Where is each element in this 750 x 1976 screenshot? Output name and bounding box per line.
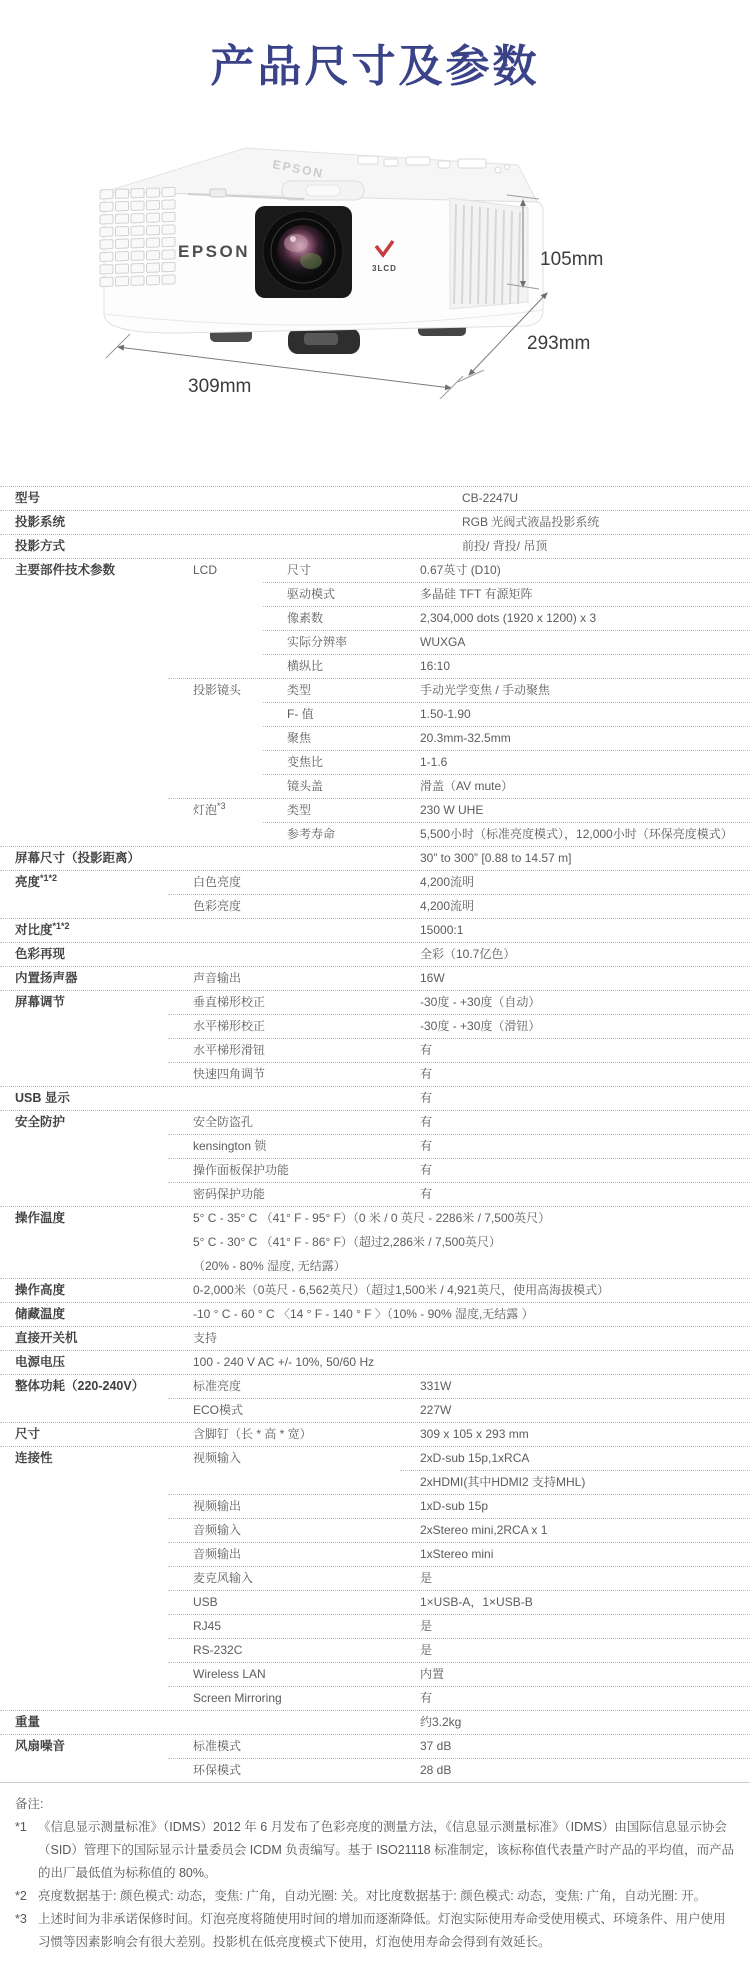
row-category-label: 操作温度 (15, 1206, 65, 1230)
row-value: 内置 (420, 1662, 444, 1686)
row-category-label: 直接开关机 (15, 1326, 78, 1350)
row-value: WUXGA (420, 630, 465, 654)
projector-illustration: EPSON (60, 134, 640, 399)
table-row: 音频输入2xStereo mini,2RCA x 1 (0, 1518, 750, 1542)
row-value: RGB 光阀式液晶投影系统 (462, 510, 599, 534)
row-subcategory-label: 操作面板保护功能 (193, 1158, 289, 1182)
row-value: 5,500小时（标准亮度模式），12,000小时（环保亮度模式） (420, 822, 733, 846)
note-text: 上述时间为非承诺保修时间。灯泡亮度将随使用时间的增加而逐渐降低。灯泡实际使用寿命… (38, 1908, 735, 1954)
table-row: 对比度*1*215000:1 (0, 918, 750, 942)
table-row: 储藏温度-10 ° C - 60 ° C 〈14 ° F - 140 ° F 〉… (0, 1302, 750, 1326)
row-separator (0, 534, 750, 535)
table-row: 投影镜头类型手动光学变焦 / 手动聚焦 (0, 678, 750, 702)
row-value: 0-2,000米（0英尺 - 6,562英尺）（超过1,500米 / 4,921… (193, 1278, 609, 1302)
table-row: 灯泡*3类型230 W UHE (0, 798, 750, 822)
row-value: 0.67英寸 (D10) (420, 558, 501, 582)
row-value: 2xHDMI(其中HDMI2 支持MHL) (420, 1470, 585, 1494)
row-category-label: 内置扬声器 (15, 966, 78, 990)
table-row: 操作面板保护功能有 (0, 1158, 750, 1182)
product-figure: EPSON (0, 134, 750, 486)
row-value: 有 (420, 1686, 432, 1710)
table-row: 色彩亮度4,200流明 (0, 894, 750, 918)
table-row: 整体功耗（220-240V）标准亮度331W (0, 1374, 750, 1398)
row-category-label: 风扇噪音 (15, 1734, 65, 1758)
row-property-label: 聚焦 (287, 726, 311, 750)
row-value: 331W (420, 1374, 451, 1398)
row-value: 2xStereo mini,2RCA x 1 (420, 1518, 547, 1542)
row-value: 有 (420, 1158, 432, 1182)
row-subcategory-label: 音频输出 (193, 1542, 241, 1566)
row-separator (0, 942, 750, 943)
row-subcategory-label: LCD (193, 558, 217, 582)
row-separator (0, 486, 750, 487)
table-row: 屏幕调节垂直梯形校正-30度 - +30度（自动） (0, 990, 750, 1014)
row-category-label: 尺寸 (15, 1422, 40, 1446)
row-value: 有 (420, 1134, 432, 1158)
row-subcategory-label: 音频输入 (193, 1518, 241, 1542)
row-value: 1×USB-A，1×USB-B (420, 1590, 533, 1614)
table-row: USB 显示有 (0, 1086, 750, 1110)
table-row: kensington 锁有 (0, 1134, 750, 1158)
row-separator (0, 1350, 750, 1351)
table-row: 操作高度0-2,000米（0英尺 - 6,562英尺）（超过1,500米 / 4… (0, 1278, 750, 1302)
row-separator (0, 1422, 750, 1423)
table-row: 投影系统RGB 光阀式液晶投影系统 (0, 510, 750, 534)
note-marker: *2 (15, 1885, 38, 1908)
row-category-label: 连接性 (15, 1446, 53, 1470)
row-value: 15000:1 (420, 918, 463, 942)
row-subcategory-label: 密码保护功能 (193, 1182, 265, 1206)
table-row: 环保模式28 dB (0, 1758, 750, 1782)
row-value: 有 (420, 1062, 432, 1086)
svg-text:3LCD: 3LCD (372, 264, 397, 273)
row-subcategory-label: USB (193, 1590, 218, 1614)
table-row: 音频输出1xStereo mini (0, 1542, 750, 1566)
note-text: 《信息显示测量标准》（IDMS）2012 年 6 月发布了色彩亮度的测量方法，《… (38, 1816, 735, 1885)
lens-shift-door-inner (306, 185, 340, 196)
row-value: 4,200流明 (420, 894, 474, 918)
row-category-label: 储藏温度 (15, 1302, 65, 1326)
row-value: 有 (420, 1110, 432, 1134)
row-separator (0, 1446, 750, 1447)
row-value: 手动光学变焦 / 手动聚焦 (420, 678, 550, 702)
row-category-label: 投影方式 (15, 534, 65, 558)
row-subcategory-label: 垂直梯形校正 (193, 990, 265, 1014)
row-separator (168, 1758, 750, 1759)
row-category-label: 对比度*1*2 (15, 918, 70, 942)
row-value: 全彩（10.7亿色） (420, 942, 515, 966)
row-subcategory-label: RJ45 (193, 1614, 221, 1638)
note-item: *3上述时间为非承诺保修时间。灯泡亮度将随使用时间的增加而逐渐降低。灯泡实际使用… (15, 1908, 735, 1954)
table-row: 风扇噪音标准模式37 dB (0, 1734, 750, 1758)
row-value: 309 x 105 x 293 mm (420, 1422, 529, 1446)
row-subcategory-label: 投影镜头 (193, 678, 241, 702)
row-category-label: 操作高度 (15, 1278, 65, 1302)
row-separator (0, 1326, 750, 1327)
row-subcategory-label: 视频输入 (193, 1446, 241, 1470)
dimension-width-label: 309mm (188, 376, 251, 397)
row-value: 有 (420, 1038, 432, 1062)
row-category-label: 整体功耗（220-240V） (15, 1374, 144, 1398)
table-row: 型号CB-2247U (0, 486, 750, 510)
note-marker: *3 (15, 1908, 38, 1954)
row-value: 30” to 300” [0.88 to 14.57 m] (420, 846, 571, 870)
table-row: 水平梯形滑钮有 (0, 1038, 750, 1062)
table-row: 实际分辨率WUXGA (0, 630, 750, 654)
table-row: 重量约3.2kg (0, 1710, 750, 1734)
row-value: 230 W UHE (420, 798, 483, 822)
row-value: 16:10 (420, 654, 450, 678)
row-separator (0, 966, 750, 967)
table-row: RJ45是 (0, 1614, 750, 1638)
row-value-line: 5° C - 30° C （41° F - 86° F）（超过2,286米 / … (193, 1230, 550, 1254)
row-separator (263, 654, 750, 655)
row-subcategory-label: 灯泡*3 (193, 798, 226, 822)
row-value: 约3.2kg (420, 1710, 461, 1734)
row-subcategory-label: 含脚钉（长 * 高 * 宽） (193, 1422, 312, 1446)
row-subcategory-label: 标准模式 (193, 1734, 241, 1758)
row-separator (168, 1638, 750, 1639)
dimension-depth-label: 293mm (527, 333, 590, 354)
row-subcategory-label: ECO模式 (193, 1398, 243, 1422)
row-separator (263, 750, 750, 751)
row-value: 有 (420, 1086, 432, 1110)
note-item: *1《信息显示测量标准》（IDMS）2012 年 6 月发布了色彩亮度的测量方法… (15, 1816, 735, 1885)
row-value-line: （20% - 80% 湿度, 无结露） (193, 1254, 550, 1278)
table-row: ECO模式227W (0, 1398, 750, 1422)
row-value: -10 ° C - 60 ° C 〈14 ° F - 140 ° F 〉（10%… (193, 1302, 534, 1326)
row-property-label: 横纵比 (287, 654, 323, 678)
row-subcategory-label: 环保模式 (193, 1758, 241, 1782)
row-value: 1.50-1.90 (420, 702, 471, 726)
row-subcategory-label: RS-232C (193, 1638, 242, 1662)
table-row: 快速四角调节有 (0, 1062, 750, 1086)
table-row: 2xHDMI(其中HDMI2 支持MHL) (0, 1470, 750, 1494)
row-subcategory-label: 色彩亮度 (193, 894, 241, 918)
row-value: 4,200流明 (420, 870, 474, 894)
table-row: 投影方式前投/ 背投/ 吊顶 (0, 534, 750, 558)
row-subcategory-label: 水平梯形校正 (193, 1014, 265, 1038)
row-subcategory-label: Wireless LAN (193, 1662, 266, 1686)
row-property-label: 类型 (287, 678, 311, 702)
row-value: 5° C - 35° C （41° F - 95° F）（0 米 / 0 英尺 … (193, 1206, 550, 1278)
row-subcategory-label: kensington 锁 (193, 1134, 266, 1158)
table-row: 直接开关机支持 (0, 1326, 750, 1350)
row-category-label: 亮度*1*2 (15, 870, 57, 894)
row-property-label: 像素数 (287, 606, 323, 630)
row-value: 滑盖（AV mute） (420, 774, 513, 798)
row-separator (168, 1398, 750, 1399)
table-row: RS-232C是 (0, 1638, 750, 1662)
table-row: 操作温度5° C - 35° C （41° F - 95° F）（0 米 / 0… (0, 1206, 750, 1278)
row-value: 20.3mm-32.5mm (420, 726, 511, 750)
row-subcategory-label: 白色亮度 (193, 870, 241, 894)
table-row: USB1×USB-A，1×USB-B (0, 1590, 750, 1614)
row-subcategory-label: 声音输出 (193, 966, 241, 990)
row-separator (0, 1110, 750, 1111)
row-separator (168, 1566, 750, 1567)
row-value: -30度 - +30度（自动） (420, 990, 540, 1014)
row-separator (0, 1086, 750, 1087)
table-row: 麦克风输入是 (0, 1566, 750, 1590)
row-category-label: 色彩再现 (15, 942, 65, 966)
table-row: 水平梯形校正-30度 - +30度（滑钮） (0, 1014, 750, 1038)
row-category-label: 电源电压 (15, 1350, 65, 1374)
row-value: 2,304,000 dots (1920 x 1200) x 3 (420, 606, 596, 630)
table-row: 色彩再现全彩（10.7亿色） (0, 942, 750, 966)
note-marker: *1 (15, 1816, 38, 1885)
row-value: 227W (420, 1398, 451, 1422)
row-property-label: 镜头盖 (287, 774, 323, 798)
row-property-label: 类型 (287, 798, 311, 822)
notes-section: 备注: *1《信息显示测量标准》（IDMS）2012 年 6 月发布了色彩亮度的… (0, 1783, 750, 1976)
row-value: 1-1.6 (420, 750, 447, 774)
row-category-label: 屏幕尺寸（投影距离） (15, 846, 140, 870)
row-separator (263, 702, 750, 703)
row-subcategory-label: 麦克风输入 (193, 1566, 253, 1590)
row-value: 100 - 240 V AC +/- 10%, 50/60 Hz (193, 1350, 374, 1374)
row-value: 2xD-sub 15p,1xRCA (420, 1446, 529, 1470)
row-property-label: F- 值 (287, 702, 314, 726)
row-value: 28 dB (420, 1758, 451, 1782)
row-separator (0, 990, 750, 991)
table-row: 尺寸含脚钉（长 * 高 * 宽）309 x 105 x 293 mm (0, 1422, 750, 1446)
row-category-label: 主要部件技术参数 (15, 558, 115, 582)
table-row: 内置扬声器声音输出16W (0, 966, 750, 990)
table-row: 聚焦20.3mm-32.5mm (0, 726, 750, 750)
dimension-height-label: 105mm (540, 249, 603, 270)
notes-heading: 备注: (15, 1792, 735, 1816)
table-row: 屏幕尺寸（投影距离）30” to 300” [0.88 to 14.57 m] (0, 846, 750, 870)
row-category-label: USB 显示 (15, 1086, 70, 1110)
table-row: 参考寿命5,500小时（标准亮度模式），12,000小时（环保亮度模式） (0, 822, 750, 846)
row-value: 1xD-sub 15p (420, 1494, 488, 1518)
table-row: 亮度*1*2白色亮度4,200流明 (0, 870, 750, 894)
row-value: -30度 - +30度（滑钮） (420, 1014, 540, 1038)
row-property-label: 变焦比 (287, 750, 323, 774)
notes-list: *1《信息显示测量标准》（IDMS）2012 年 6 月发布了色彩亮度的测量方法… (15, 1816, 735, 1954)
note-item: *2亮度数据基于: 颜色模式: 动态，变焦: 广角，自动光圈: 关。对比度数据基… (15, 1885, 735, 1908)
spec-table: 型号CB-2247U投影系统RGB 光阀式液晶投影系统投影方式前投/ 背投/ 吊… (0, 486, 750, 1782)
row-category-label: 安全防护 (15, 1110, 65, 1134)
row-category-label: 型号 (15, 486, 40, 510)
row-category-label: 重量 (15, 1710, 40, 1734)
row-category-label: 屏幕调节 (15, 990, 65, 1014)
row-value: 是 (420, 1566, 432, 1590)
table-row: Wireless LAN内置 (0, 1662, 750, 1686)
table-row: 连接性视频输入2xD-sub 15p,1xRCA (0, 1446, 750, 1470)
row-value: 前投/ 背投/ 吊顶 (462, 534, 547, 558)
table-row: 视频输出1xD-sub 15p (0, 1494, 750, 1518)
table-row: Screen Mirroring有 (0, 1686, 750, 1710)
row-subcategory-label: 标准亮度 (193, 1374, 241, 1398)
row-subcategory-label: 快速四角调节 (193, 1062, 265, 1086)
row-value: 16W (420, 966, 445, 990)
row-subcategory-label: Screen Mirroring (193, 1686, 282, 1710)
product-spec-page: 产品尺寸及参数 (0, 0, 750, 1976)
row-subcategory-label: 水平梯形滑钮 (193, 1038, 265, 1062)
row-value: CB-2247U (462, 486, 518, 510)
table-row: 变焦比1-1.6 (0, 750, 750, 774)
row-value: 多晶硅 TFT 有源矩阵 (420, 582, 532, 606)
table-row: 像素数2,304,000 dots (1920 x 1200) x 3 (0, 606, 750, 630)
table-row: 密码保护功能有 (0, 1182, 750, 1206)
row-property-label: 驱动模式 (287, 582, 335, 606)
brand-logo: EPSON (178, 242, 250, 261)
zoom-tab (210, 189, 226, 197)
row-separator (0, 870, 750, 871)
row-separator (0, 1734, 750, 1735)
row-value: 支持 (193, 1326, 217, 1350)
row-value: 1xStereo mini (420, 1542, 493, 1566)
row-value-line: 5° C - 35° C （41° F - 95° F）（0 米 / 0 英尺 … (193, 1206, 550, 1230)
table-row: F- 值1.50-1.90 (0, 702, 750, 726)
row-value: 有 (420, 1182, 432, 1206)
row-subcategory-label: 安全防盗孔 (193, 1110, 253, 1134)
table-row: 电源电压100 - 240 V AC +/- 10%, 50/60 Hz (0, 1350, 750, 1374)
table-row: 安全防护安全防盗孔有 (0, 1110, 750, 1134)
row-property-label: 参考寿命 (287, 822, 335, 846)
table-row: 驱动模式多晶硅 TFT 有源矩阵 (0, 582, 750, 606)
page-title: 产品尺寸及参数 (0, 0, 750, 134)
row-category-label: 投影系统 (15, 510, 65, 534)
dimension-arrow-width (118, 347, 451, 388)
lens-icon (255, 206, 352, 298)
table-row: 主要部件技术参数LCD尺寸0.67英寸 (D10) (0, 558, 750, 582)
row-value: 是 (420, 1638, 432, 1662)
row-separator (168, 1614, 750, 1615)
row-separator (0, 510, 750, 511)
row-subcategory-label: 视频输出 (193, 1494, 241, 1518)
note-text: 亮度数据基于: 颜色模式: 动态，变焦: 广角，自动光圈: 关。对比度数据基于:… (38, 1885, 735, 1908)
row-separator (0, 1710, 750, 1711)
row-property-label: 实际分辨率 (287, 630, 347, 654)
row-property-label: 尺寸 (287, 558, 311, 582)
table-row: 镜头盖滑盖（AV mute） (0, 774, 750, 798)
table-row: 横纵比16:10 (0, 654, 750, 678)
row-value: 37 dB (420, 1734, 451, 1758)
row-value: 是 (420, 1614, 432, 1638)
row-separator (0, 918, 750, 919)
